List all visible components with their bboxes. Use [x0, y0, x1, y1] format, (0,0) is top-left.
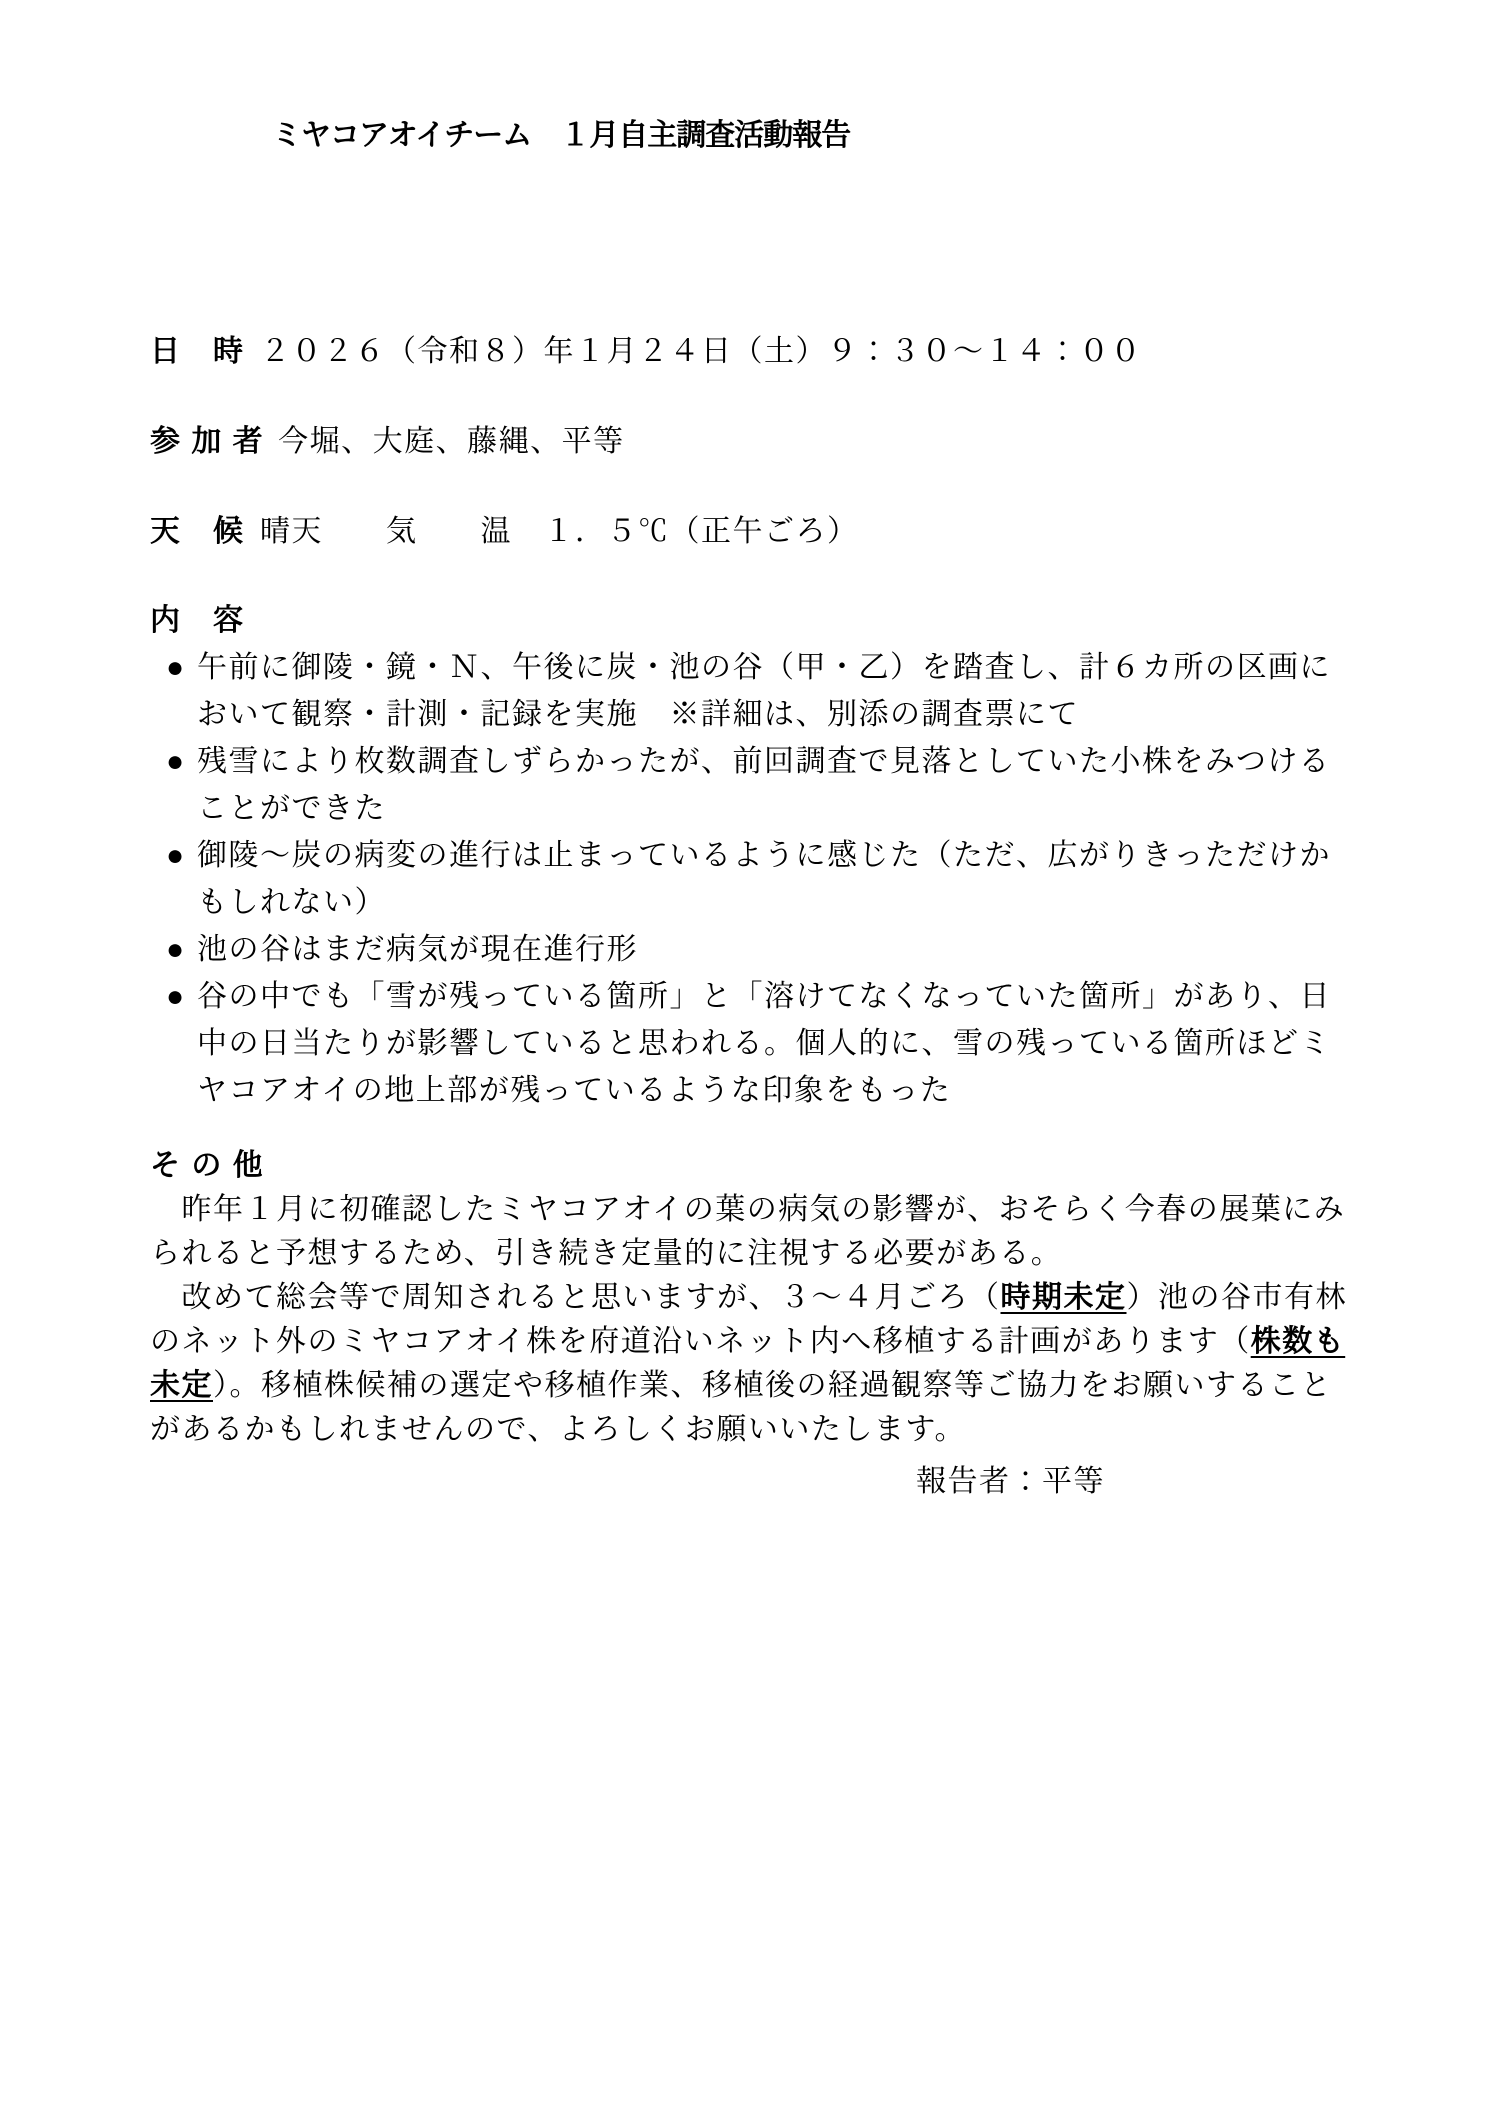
bullet-list: ● 午前に御陵・鏡・Ｎ、午後に炭・池の谷（甲・乙）を踏査し、計６カ所の区画におい… [150, 644, 1355, 1114]
others-paragraph-2: 改めて総会等で周知されると思いますが、３～４月ごろ（時期未定）池の谷市有林のネッ… [150, 1276, 1355, 1452]
section-heading-content: 内 容 [150, 597, 1355, 644]
bullet-text: 残雪により枚数調査しずらかったが、前回調査で見落としていた小株をみつけることがで… [197, 738, 1332, 832]
list-item: ● 御陵～炭の病変の進行は止まっているように感じた（ただ、広がりきっただけかもし… [150, 832, 1355, 926]
list-item: ● 谷の中でも「雪が残っている箇所」と「溶けてなくなっていた箇所」があり、日中の… [150, 973, 1355, 1114]
section-others: そ の 他 昨年１月に初確認したミヤコアオイの葉の病気の影響が、おそらく今春の展… [150, 1144, 1355, 1452]
meta-value-participants: 今堀、大庭、藤縄、平等 [278, 418, 625, 465]
bullet-text: 午前に御陵・鏡・Ｎ、午後に炭・池の谷（甲・乙）を踏査し、計６カ所の区画において観… [197, 644, 1332, 738]
reporter-line: 報告者：平等 [150, 1460, 1355, 1504]
bullet-text: 谷の中でも「雪が残っている箇所」と「溶けてなくなっていた箇所」があり、日中の日当… [197, 973, 1332, 1114]
list-item: ● 池の谷はまだ病気が現在進行形 [150, 926, 1355, 973]
list-item: ● 午前に御陵・鏡・Ｎ、午後に炭・池の谷（甲・乙）を踏査し、計６カ所の区画におい… [150, 644, 1355, 738]
meta-value-weather: 晴天 気 温 １．５℃（正午ごろ） [260, 508, 859, 555]
section-content: 内 容 ● 午前に御陵・鏡・Ｎ、午後に炭・池の谷（甲・乙）を踏査し、計６カ所の区… [150, 597, 1355, 1114]
meta-row-datetime: 日 時 ２０２６（令和８）年１月２４日（土）９：３０～１４：００ [150, 328, 1355, 375]
bullet-text: 御陵～炭の病変の進行は止まっているように感じた（ただ、広がりきっただけかもしれな… [197, 832, 1332, 926]
emphasized-text-schedule-tbd: 時期未定 [1001, 1281, 1127, 1314]
bullet-icon: ● [166, 973, 197, 1114]
meta-label-participants: 参 加 者 [150, 418, 264, 465]
bullet-text: 池の谷はまだ病気が現在進行形 [197, 926, 1332, 973]
others-paragraph-1: 昨年１月に初確認したミヤコアオイの葉の病気の影響が、おそらく今春の展葉にみられる… [150, 1188, 1355, 1276]
list-item: ● 残雪により枚数調査しずらかったが、前回調査で見落としていた小株をみつけること… [150, 738, 1355, 832]
paragraph-segment: ）。移植株候補の選定や移植作業、移植後の経過観察等ご協力をお願いすることがあるか… [150, 1369, 1332, 1446]
bullet-icon: ● [166, 738, 197, 832]
meta-label-weather: 天 候 [150, 508, 246, 555]
meta-label-datetime: 日 時 [150, 328, 246, 375]
document-body: ミヤコアオイチーム １月自主調査活動報告 日 時 ２０２６（令和８）年１月２４日… [0, 0, 1489, 1504]
bullet-icon: ● [166, 926, 197, 973]
report-document-page: ミヤコアオイチーム １月自主調査活動報告 日 時 ２０２６（令和８）年１月２４日… [0, 0, 1489, 2105]
paragraph-segment: 改めて総会等で周知されると思いますが、３～４月ごろ（ [150, 1281, 1001, 1314]
meta-row-participants: 参 加 者 今堀、大庭、藤縄、平等 [150, 418, 1355, 465]
meta-block: 日 時 ２０２６（令和８）年１月２４日（土）９：３０～１４：００ 参 加 者 今… [150, 328, 1355, 555]
bullet-icon: ● [166, 832, 197, 926]
meta-row-weather: 天 候 晴天 気 温 １．５℃（正午ごろ） [150, 508, 1355, 555]
page-title: ミヤコアオイチーム １月自主調査活動報告 [272, 0, 1355, 156]
bullet-icon: ● [166, 644, 197, 738]
section-heading-others: そ の 他 [150, 1144, 1355, 1188]
meta-value-datetime: ２０２６（令和８）年１月２４日（土）９：３０～１４：００ [260, 328, 1142, 375]
